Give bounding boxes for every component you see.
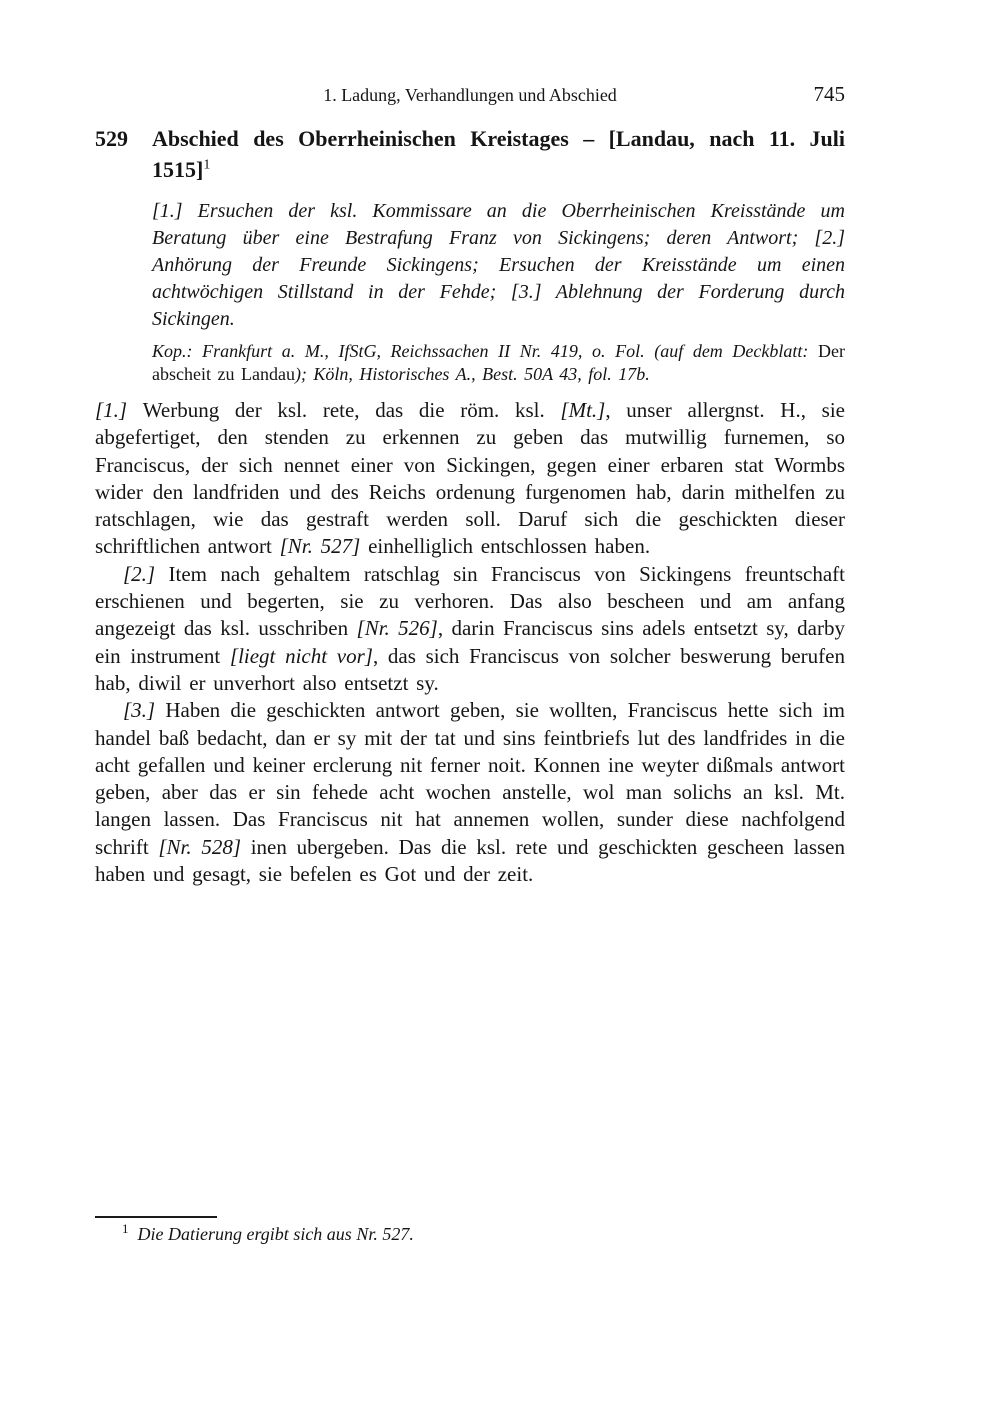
text-segment: [Nr. 528] (158, 835, 241, 859)
text-segment: einhelliglich entschlossen haben. (360, 534, 650, 558)
entry-body: [1.] Werbung der ksl. rete, das die röm.… (95, 397, 845, 888)
text-segment: [Mt.] (560, 398, 605, 422)
text-segment: [1.] (95, 398, 143, 422)
text-segment: [Nr. 526] (357, 616, 438, 640)
text-segment: [3.] (123, 698, 165, 722)
text-segment: ); Köln, Historisches A., Best. 50A 43, … (295, 364, 650, 384)
running-head: 1. Ladung, Verhandlungen und Abschied 74… (95, 84, 845, 106)
footnote: 1Die Datierung ergibt sich aus Nr. 527. (95, 1223, 845, 1246)
entry-title-text: Abschied des Oberrheinischen Kreistages … (152, 126, 845, 182)
footnote-marker: 1 (122, 1221, 129, 1236)
paragraph-2: [2.] Item nach gehaltem ratschlag sin Fr… (95, 561, 845, 697)
source-citation: Kop.: Frankfurt a. M., IfStG, Reichssach… (152, 340, 845, 386)
text-segment: [Nr. 527] (280, 534, 361, 558)
entry-number: 529 (95, 123, 152, 185)
text-segment: [2.] (123, 562, 169, 586)
footnote-area: 1Die Datierung ergibt sich aus Nr. 527. (95, 1216, 845, 1246)
book-page: 1. Ladung, Verhandlungen und Abschied 74… (0, 0, 1004, 1418)
footnote-ref: 1 (203, 158, 210, 173)
entry-summary: [1.] Ersuchen der ksl. Kommissare an die… (152, 198, 845, 333)
text-segment: Werbung der ksl. rete, das die röm. ksl. (143, 398, 561, 422)
text-block: 1. Ladung, Verhandlungen und Abschied 74… (95, 84, 845, 888)
footnote-text: Die Datierung ergibt sich aus Nr. 527. (138, 1224, 414, 1244)
page-number: 745 (814, 83, 846, 105)
entry-heading: 529 Abschied des Oberrheinischen Kreista… (95, 123, 845, 185)
paragraph-3: [3.] Haben die geschickten antwort geben… (95, 697, 845, 888)
text-segment: [liegt nicht vor] (230, 644, 373, 668)
entry-title: Abschied des Oberrheinischen Kreistages … (152, 123, 845, 185)
text-segment: Kop.: Frankfurt a. M., IfStG, Reichssach… (152, 341, 818, 361)
paragraph-1: [1.] Werbung der ksl. rete, das die röm.… (95, 397, 845, 561)
running-head-title: 1. Ladung, Verhandlungen und Abschied (323, 85, 617, 105)
footnote-separator (95, 1216, 217, 1218)
